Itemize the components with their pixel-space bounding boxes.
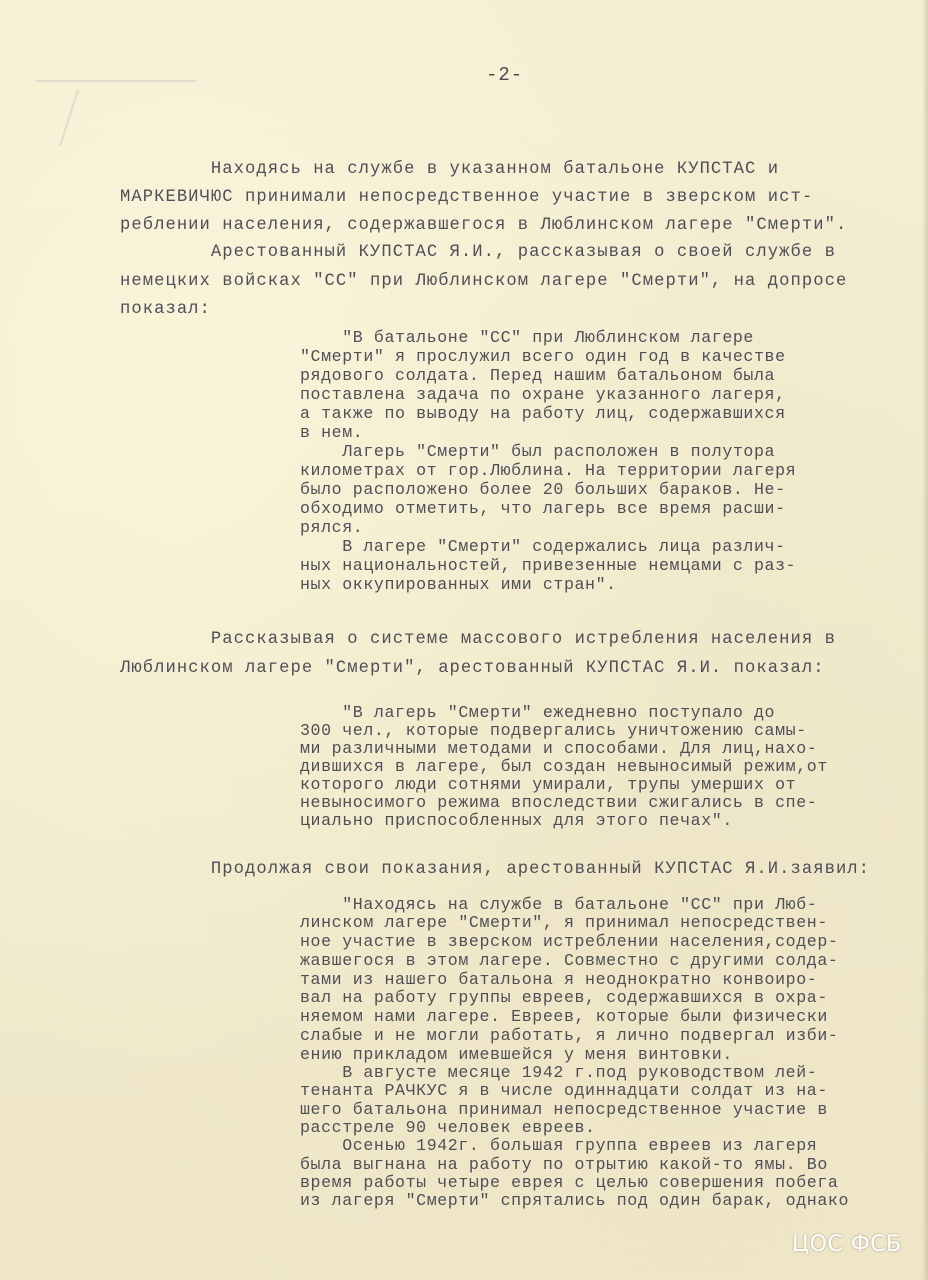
page-edge-shadow	[922, 0, 928, 1280]
quote-line: жавшегося в этом лагере. Совместно с дру…	[300, 953, 838, 970]
archive-watermark: ЦОС ФСБ	[792, 1232, 902, 1257]
quote-line: "Находясь на службе в батальоне "СС" при…	[300, 897, 817, 914]
text-line: показал:	[120, 300, 211, 319]
quote-line: невыносимого режима впоследствии сжигали…	[300, 795, 817, 812]
quote-line: "Смерти" я прослужил всего один год в ка…	[300, 349, 786, 366]
quote-line: а также по выводу на работу лиц, содержа…	[300, 406, 786, 423]
quote-line: ению прикладом имевшейся у меня винтовки…	[300, 1047, 733, 1064]
quote-line: расстреле 90 человек евреев.	[300, 1120, 596, 1137]
quote-line: ных оккупированных ими стран".	[300, 577, 617, 594]
quote-line: ных национальностей, привезенные немцами…	[300, 558, 796, 575]
quote-line: в нем.	[300, 425, 363, 442]
quote-line: километрах от гор.Люблина. На территории…	[300, 463, 796, 480]
quote-line: В лагере "Смерти" содержались лица разли…	[300, 539, 786, 556]
quote-line: ми различными методами и способами. Для …	[300, 741, 817, 758]
quote-line: Лагерь "Смерти" был расположен в полутор…	[300, 444, 775, 461]
quote-line: поставлена задача по охране указанного л…	[300, 387, 786, 404]
quote-line: тами из нашего батальона я неоднократно …	[300, 972, 817, 989]
text-line: Люблинском лагере "Смерти", арестованный…	[120, 659, 825, 678]
quote-line: линском лагере "Смерти", я принимал непо…	[300, 915, 828, 932]
quote-line: "В батальоне "СС" при Люблинском лагере	[300, 330, 754, 347]
page-number: -2-	[486, 64, 523, 86]
text-line: Находясь на службе в указанном батальоне…	[120, 160, 779, 179]
quote-line: из лагеря "Смерти" спрятались под один б…	[300, 1193, 849, 1210]
text-line: реблении населения, содержавшегося в Люб…	[120, 216, 847, 235]
quote-line: рялся.	[300, 520, 363, 537]
text-line: МАРКЕВИЧЮС принимали непосредственное уч…	[120, 188, 813, 207]
quote-line: была выгнана на работу по отрытию какой-…	[300, 1157, 828, 1174]
quote-line: шего батальона принимал непосредственное…	[300, 1102, 828, 1119]
quote-line: ное участие в зверском истреблении насел…	[300, 934, 838, 951]
quote-line: В августе месяце 1942 г.под руководством…	[300, 1065, 817, 1082]
quote-line: обходимо отметить, что лагерь все время …	[300, 501, 786, 518]
quote-line: няемом нами лагере. Евреев, которые были…	[300, 1009, 828, 1026]
quote-line: дившихся в лагере, был создан невыносимы…	[300, 759, 828, 776]
quote-line: "В лагерь "Смерти" ежедневно поступало д…	[300, 705, 775, 722]
quote-line: 300 чел., которые подвергались уничтожен…	[300, 723, 807, 740]
text-line: Продолжая свои показания, арестованный К…	[120, 860, 870, 879]
quote-line: которого люди сотнями умирали, трупы уме…	[300, 777, 796, 794]
quote-line: Осенью 1942г. большая группа евреев из л…	[300, 1138, 817, 1155]
quote-line: рядового солдата. Перед нашим батальоном…	[300, 368, 775, 385]
text-line: Рассказывая о системе массового истребле…	[120, 630, 836, 649]
quote-line: было расположено более 20 больших барако…	[300, 482, 786, 499]
text-line: немецких войсках "СС" при Люблинском лаг…	[120, 272, 847, 291]
bleed-through-stamp	[36, 62, 196, 82]
quote-line: вал на работу группы евреев, содержавших…	[300, 990, 828, 1007]
quote-line: тенанта РАЧКУС я в числе одиннадцати сол…	[300, 1083, 828, 1100]
quote-line: слабые и не могли работать, я лично подв…	[300, 1028, 838, 1045]
quote-line: циально приспособленных для этого печах"…	[300, 813, 733, 830]
quote-line: время работы четыре еврея с целью соверш…	[300, 1175, 838, 1192]
text-line: Арестованный КУПСТАС Я.И., рассказывая о…	[120, 243, 836, 262]
